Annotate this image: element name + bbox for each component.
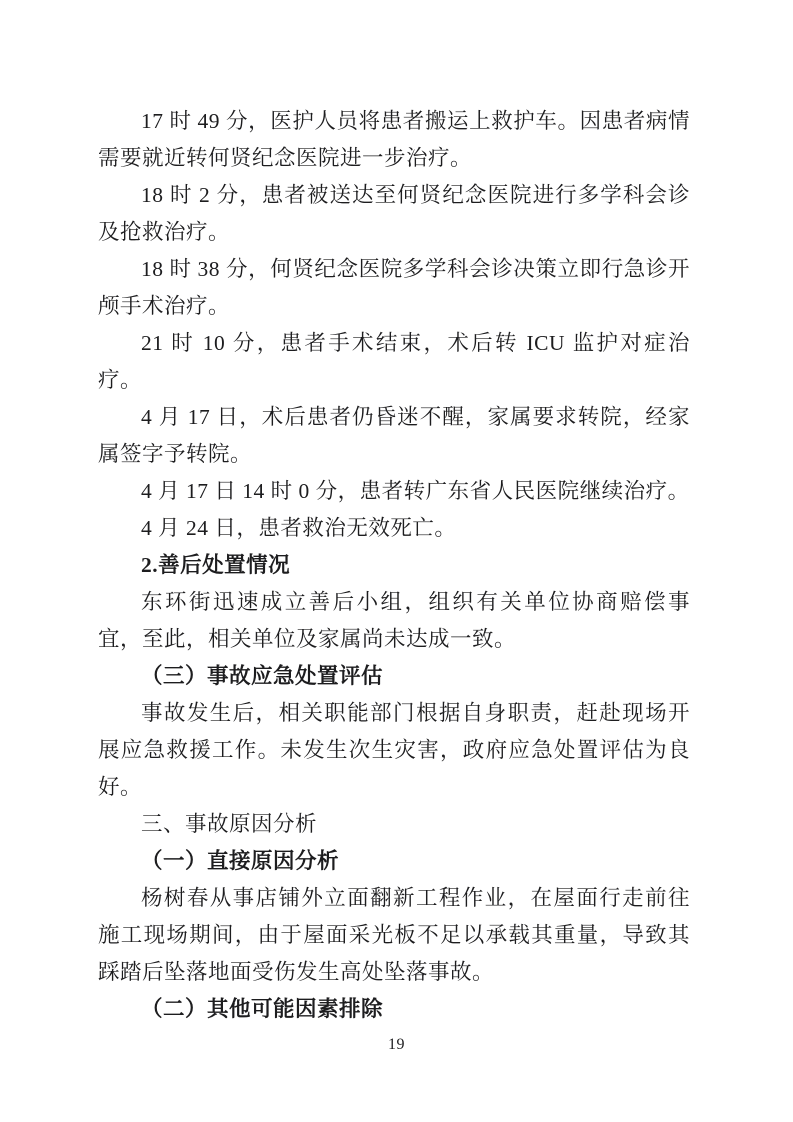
document-page: 17 时 49 分，医护人员将患者搬运上救护车。因患者病情需要就近转何贤纪念医院… bbox=[0, 0, 793, 1122]
paragraph-timeline-1802: 18 时 2 分，患者被送达至何贤纪念医院进行多学科会诊及抢救治疗。 bbox=[98, 177, 690, 251]
paragraph-timeline-0424: 4 月 24 日，患者救治无效死亡。 bbox=[98, 510, 690, 547]
paragraph-emergency-evaluation: 事故发生后，相关职能部门根据自身职责，赶赴现场开展应急救援工作。未发生次生灾害，… bbox=[98, 695, 690, 806]
paragraph-timeline-0417-transfer: 4 月 17 日 14 时 0 分，患者转广东省人民医院继续治疗。 bbox=[98, 473, 690, 510]
heading-emergency-evaluation: （三）事故应急处置评估 bbox=[98, 658, 690, 695]
paragraph-aftermath: 东环街迅速成立善后小组，组织有关单位协商赔偿事宜，至此，相关单位及家属尚未达成一… bbox=[98, 584, 690, 658]
heading-other-factors: （二）其他可能因素排除 bbox=[98, 991, 690, 1028]
heading-aftermath: 2.善后处置情况 bbox=[98, 547, 690, 584]
paragraph-timeline-0417: 4 月 17 日，术后患者仍昏迷不醒，家属要求转院，经家属签字予转院。 bbox=[98, 399, 690, 473]
paragraph-timeline-2110: 21 时 10 分，患者手术结束，术后转 ICU 监护对症治疗。 bbox=[98, 325, 690, 399]
paragraph-direct-cause: 杨树春从事店铺外立面翻新工程作业，在屋面行走前往施工现场期间，由于屋面采光板不足… bbox=[98, 880, 690, 991]
heading-cause-analysis: 三、事故原因分析 bbox=[98, 806, 690, 843]
heading-direct-cause: （一）直接原因分析 bbox=[98, 843, 690, 880]
paragraph-timeline-1838: 18 时 38 分，何贤纪念医院多学科会诊决策立即行急诊开颅手术治疗。 bbox=[98, 251, 690, 325]
paragraph-timeline-1749: 17 时 49 分，医护人员将患者搬运上救护车。因患者病情需要就近转何贤纪念医院… bbox=[98, 103, 690, 177]
document-body: 17 时 49 分，医护人员将患者搬运上救护车。因患者病情需要就近转何贤纪念医院… bbox=[98, 103, 690, 1028]
page-number: 19 bbox=[388, 1036, 405, 1053]
page-footer: 19 bbox=[0, 1036, 793, 1054]
